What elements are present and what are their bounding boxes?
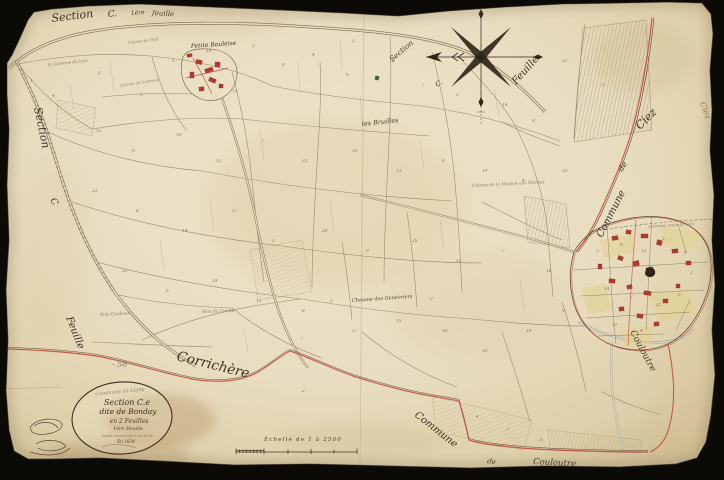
margin-label: feuille [151, 9, 174, 18]
parcel-number: 4 [311, 53, 315, 58]
parcel-number: 9 [562, 309, 565, 314]
parcel-number: 24 [211, 279, 218, 284]
margin-label: C. [107, 9, 117, 20]
parcel-number: 10 [442, 329, 448, 334]
parcel-number: 9 [684, 251, 687, 256]
map-canvas: Section C. 1ère feuille Section C. Feuil… [0, 0, 724, 480]
parcel-number: 8 [620, 243, 623, 248]
parcel-number: 4 [639, 329, 643, 334]
parcel-number: 6 [678, 293, 681, 298]
parcel-number: 3 [596, 249, 599, 254]
parcel-number: 2 [351, 39, 355, 44]
parcel-number: 33 [482, 349, 488, 354]
parcel-number: 6 [166, 289, 169, 294]
parcel-number: 18 [176, 133, 182, 138]
parcel-number: 12 [232, 89, 238, 94]
parcel-number: 15 [396, 319, 402, 324]
parcel-number: 9 [132, 149, 135, 154]
parcel-number: 7 [422, 83, 425, 88]
cartouche-feuille: 1ère Feuille [113, 425, 143, 432]
ink-blot [645, 267, 655, 277]
parcel-number: 5 [140, 93, 143, 98]
parcel-number: 16 [206, 49, 212, 54]
parcel-number: 3 [430, 297, 433, 302]
parcel-number: 2 [97, 71, 101, 76]
parcel-number: 7 [630, 295, 633, 300]
cartouche-feuilles: en 2 Feuilles [110, 418, 149, 425]
cartouche-leve: Levée en exécution de la loi [101, 434, 153, 438]
parcel-number: 9 [366, 249, 369, 254]
parcel-number: 3 [456, 93, 459, 98]
parcel-number: 5 [330, 299, 333, 304]
parcel-number: 13 [396, 169, 402, 174]
parcel-number: 17 [232, 209, 238, 214]
parcel-number: 4 [51, 94, 55, 99]
page-number: - 58 - [112, 359, 133, 369]
parcel-number: 7 [262, 139, 265, 144]
parcel-number: 7 [502, 249, 505, 254]
scale-label: Échelle de 1 à 2500 [263, 435, 342, 443]
margin-label: 1ère [131, 9, 146, 17]
parcel-number: 1 [172, 59, 175, 64]
parcel-number: 21 [655, 303, 662, 308]
parcel-number: 23 [91, 189, 98, 194]
parcel-number: 5 [602, 83, 605, 88]
parcel-number: 27 [351, 329, 358, 334]
parcel-number: 8 [282, 63, 285, 68]
parcel-number: 25 [561, 169, 568, 174]
parcel-number: 8 [136, 209, 139, 214]
parcel-number: 4 [475, 415, 479, 420]
cartouche-date: En 1834 [116, 439, 135, 444]
parcel-number: 5 [272, 239, 275, 244]
parcel-number: 13 [256, 299, 262, 304]
parcel-number: 21 [561, 59, 568, 64]
parcel-number: 6 [346, 73, 349, 78]
cartouche-dite: dite de Bonday [99, 407, 157, 416]
parcel-number: 1 [30, 79, 33, 84]
parcel-number: 6 [442, 159, 445, 164]
cadastral-map-scan: Section C. 1ère feuille Section C. Feuil… [0, 0, 724, 480]
parcel-number: 8 [532, 119, 535, 124]
parcel-number: 4 [521, 179, 525, 184]
parcel-number: 10 [352, 149, 358, 154]
parcel-number: 9 [392, 59, 395, 64]
parcel-number: 15 [96, 129, 102, 134]
parcel-number: 28 [411, 239, 418, 244]
parcel-number: 12 [641, 249, 647, 254]
parcel-number: 16 [546, 269, 552, 274]
cartouche-section: Section C.e [104, 398, 150, 407]
parcel-number: 19 [482, 169, 488, 174]
parcel-number: 11 [612, 323, 618, 328]
parcel-number: 11 [216, 159, 222, 164]
parcel-number: 22 [301, 159, 308, 164]
parcel-number: 2 [301, 389, 305, 394]
parcel-number: 18 [526, 329, 532, 334]
parcel-number: 20 [321, 229, 328, 234]
parcel-number: 8 [302, 309, 305, 314]
parcel-number: 3 [252, 44, 255, 49]
parcel-number: 5 [662, 237, 665, 242]
parcel-number: 31 [122, 269, 128, 274]
parcel-number: 12 [456, 259, 462, 264]
parcel-number: 6 [540, 438, 543, 443]
parcel-number: 7 [300, 337, 303, 342]
parcel-number: 14 [182, 229, 188, 234]
parcel-number: 3 [506, 427, 509, 432]
parcel-number: 14 [604, 287, 610, 292]
parcel-number: 2 [689, 271, 693, 276]
parcel-number: 14 [502, 103, 508, 108]
